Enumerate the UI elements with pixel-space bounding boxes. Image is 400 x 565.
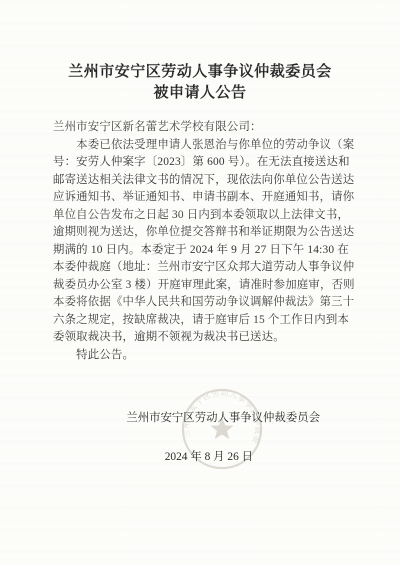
signature-date: 2024 年 8 月 26 日: [0, 449, 400, 465]
body-line: 应诉通知书、举证通知书、申请书副本、开庭通知书，请你: [53, 189, 360, 207]
body-line: 邮寄送达相关法律文书的情况下，现依法向你单位公告送达: [53, 172, 360, 190]
body-line: 单位自公告发布之日起 30 日内到本委领取以上法律文书，: [53, 207, 360, 225]
body-line: 期满的 10 日内。本委定于 2024 年 9 月 27 日下午 14:30 在: [53, 242, 360, 260]
document-page: 兰州市安宁区劳动人事争议仲裁委员会 被申请人公告 兰州市安宁区新名蕾艺术学校有限…: [0, 0, 400, 565]
body-line: 委领取裁决书，逾期不领视为裁决书已送达。: [53, 329, 360, 347]
body-line: 号：安劳人仲案字〔2023〕第 600 号）。在无法直接送达和: [53, 154, 360, 172]
title-line-2: 被申请人公告: [0, 83, 400, 104]
body-line: 本委将依据《中华人民共和国劳动争议调解仲裁法》第三十: [53, 294, 360, 312]
body-line: 本委已依法受理申请人张恩治与你单位的劳动争议（案: [53, 137, 360, 155]
closing-line: 特此公告。: [53, 347, 360, 365]
signature-committee: 兰州市安宁区劳动人事争议仲裁委员会: [0, 410, 400, 426]
document-title: 兰州市安宁区劳动人事争议仲裁委员会 被申请人公告: [0, 62, 400, 104]
body-line: 裁委员办公室 3 楼）开庭审理此案，请准时参加庭审，否则: [53, 277, 360, 295]
body-line: 六条之规定，按缺席裁决，请于庭审后 15 个工作日内到本: [53, 312, 360, 330]
body-line: 本委仲裁庭（地址：兰州市安宁区众邦大道劳动人事争议仲: [53, 259, 360, 277]
title-line-1: 兰州市安宁区劳动人事争议仲裁委员会: [0, 62, 400, 83]
body-text: 兰州市安宁区新名蕾艺术学校有限公司： 本委已依法受理申请人张恩治与你单位的劳动争…: [53, 119, 360, 364]
body-line: 逾期则视为送达，你单位提交答辩书和举证期限为公告送达: [53, 224, 360, 242]
addressee-line: 兰州市安宁区新名蕾艺术学校有限公司：: [53, 119, 360, 137]
